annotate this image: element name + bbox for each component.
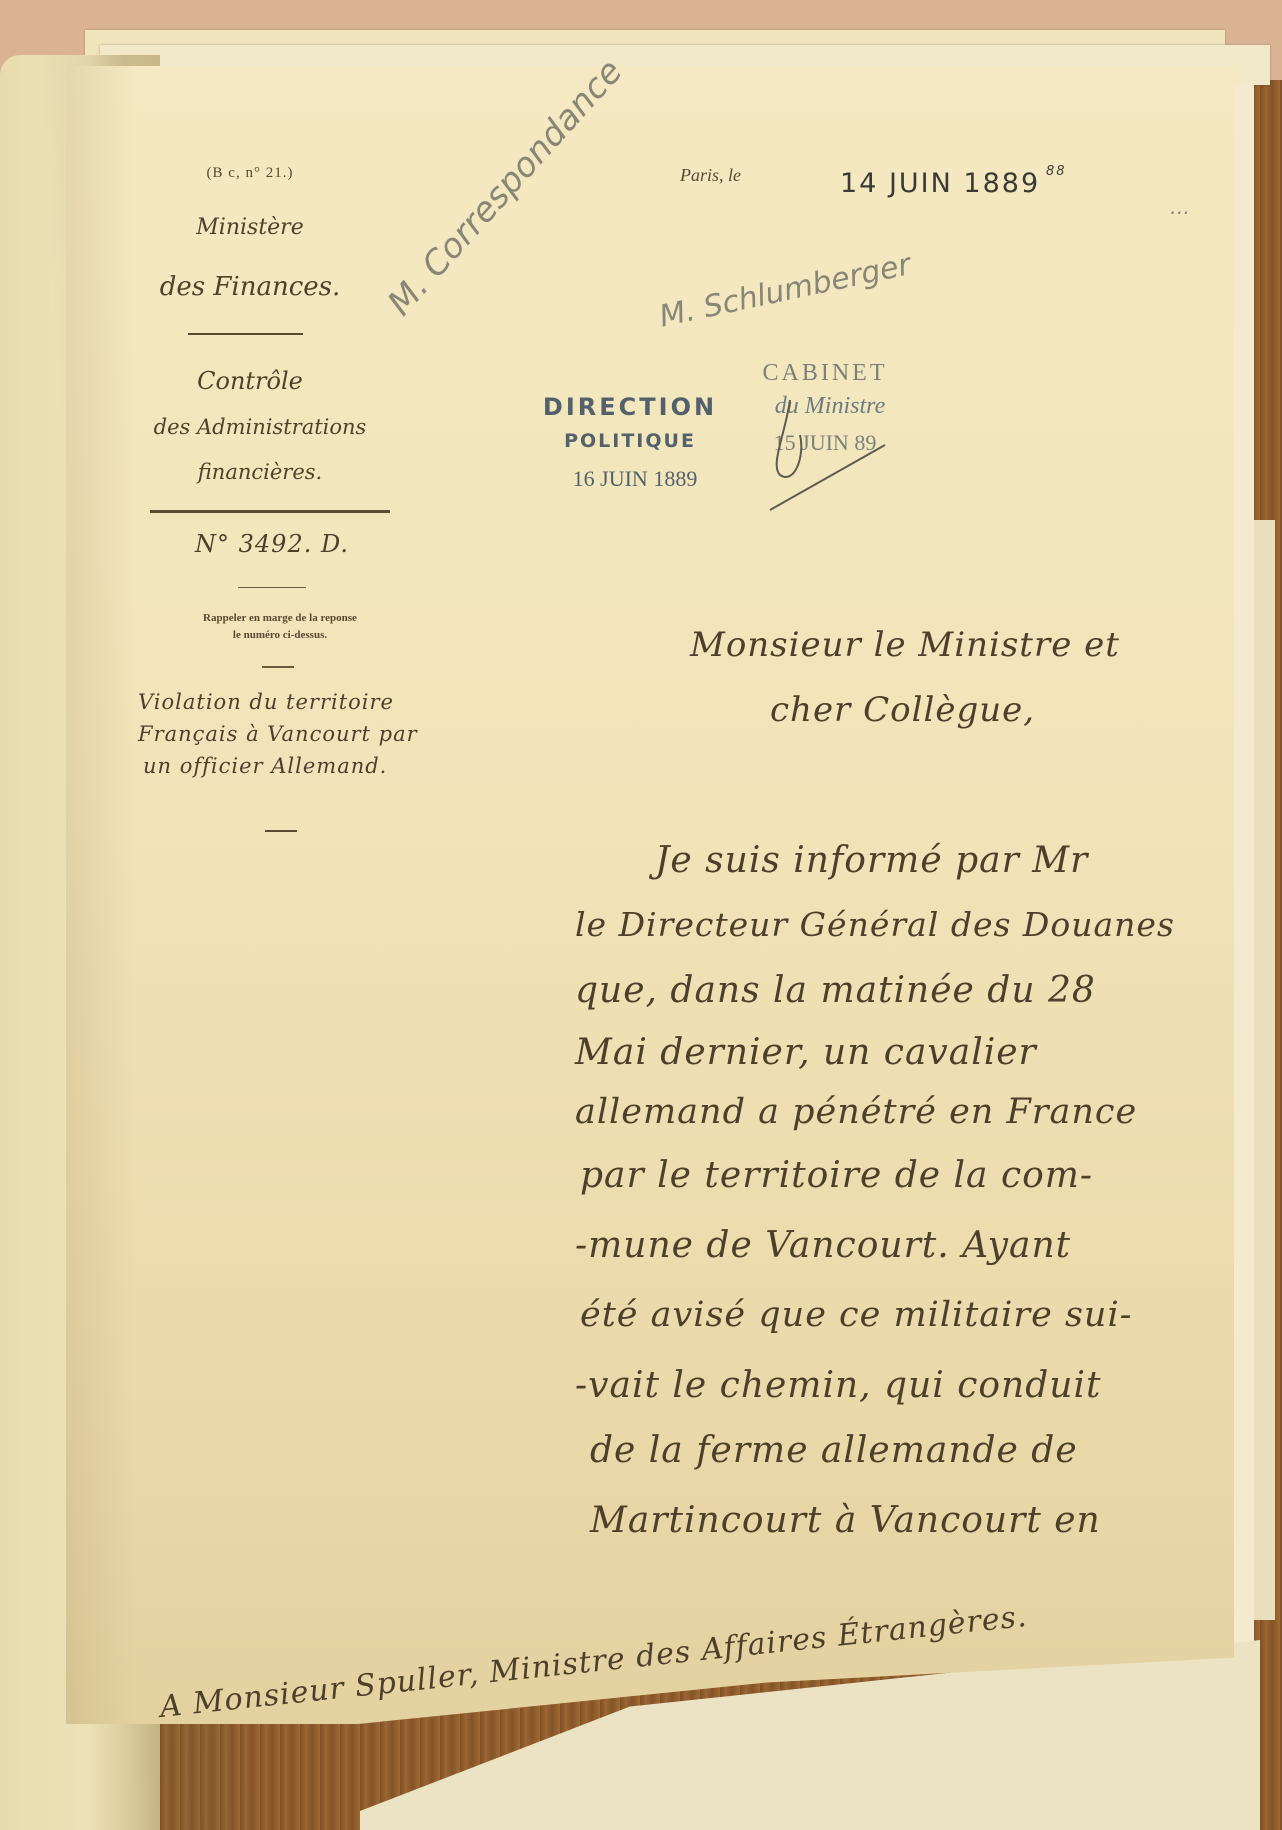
body-line: été avisé que ce militaire sui- bbox=[580, 1295, 1132, 1335]
cabinet-stamp-line1: CABINET bbox=[750, 360, 900, 387]
reference-note-line2: le numéro ci-dessus. bbox=[160, 629, 400, 641]
body-line: que, dans la matinée du 28 bbox=[575, 970, 1096, 1011]
divider bbox=[262, 666, 294, 668]
department-line2: des Administrations bbox=[140, 415, 380, 439]
letter-sheet bbox=[66, 66, 1234, 1724]
date-stamp-suffix: 88 bbox=[1046, 164, 1067, 179]
date-stamp: 14 JUIN 1889 bbox=[840, 168, 1040, 199]
ornamental-divider bbox=[188, 333, 303, 335]
initials-flourish-icon bbox=[760, 395, 890, 515]
body-line: Mai dernier, un cavalier bbox=[575, 1032, 1037, 1073]
body-line: allemand a pénétré en France bbox=[575, 1092, 1137, 1132]
body-line: le Directeur Général des Douanes bbox=[575, 905, 1175, 944]
subject-line: Violation du territoire bbox=[138, 690, 394, 714]
subject-line: un officier Allemand. bbox=[143, 754, 387, 778]
divider bbox=[238, 587, 306, 588]
direction-stamp-line1: DIRECTION bbox=[520, 393, 740, 421]
salutation-line2: cher Collègue, bbox=[770, 690, 1035, 730]
salutation-line1: Monsieur le Ministre et bbox=[690, 625, 1120, 665]
reference-note-line1: Rappeler en marge de la reponse bbox=[160, 612, 400, 624]
subject-line: Français à Vancourt par bbox=[138, 722, 418, 746]
ministry-line2: des Finances. bbox=[140, 272, 360, 302]
direction-stamp-line2: POLITIQUE bbox=[540, 430, 720, 452]
body-line: Martincourt à Vancourt en bbox=[590, 1500, 1101, 1541]
department-line1: Contrôle bbox=[150, 367, 350, 395]
department-line3: financières. bbox=[170, 460, 350, 484]
ornamental-divider bbox=[150, 510, 390, 513]
body-line: de la ferme allemande de bbox=[590, 1430, 1078, 1471]
body-line: -vait le chemin, qui conduit bbox=[575, 1365, 1101, 1406]
direction-stamp-date: 16 JUIN 1889 bbox=[545, 466, 725, 492]
place-label: Paris, le bbox=[680, 165, 741, 186]
body-line: par le territoire de la com- bbox=[580, 1155, 1093, 1196]
reference-number: N° 3492. D. bbox=[195, 530, 349, 558]
pencil-fragment: … bbox=[1170, 195, 1190, 219]
body-line: -mune de Vancourt. Ayant bbox=[575, 1225, 1071, 1266]
divider bbox=[265, 830, 297, 832]
body-line: Je suis informé par Mr bbox=[655, 840, 1088, 881]
ministry-line1: Ministère bbox=[150, 215, 350, 240]
form-code: (B c, n° 21.) bbox=[170, 165, 330, 182]
